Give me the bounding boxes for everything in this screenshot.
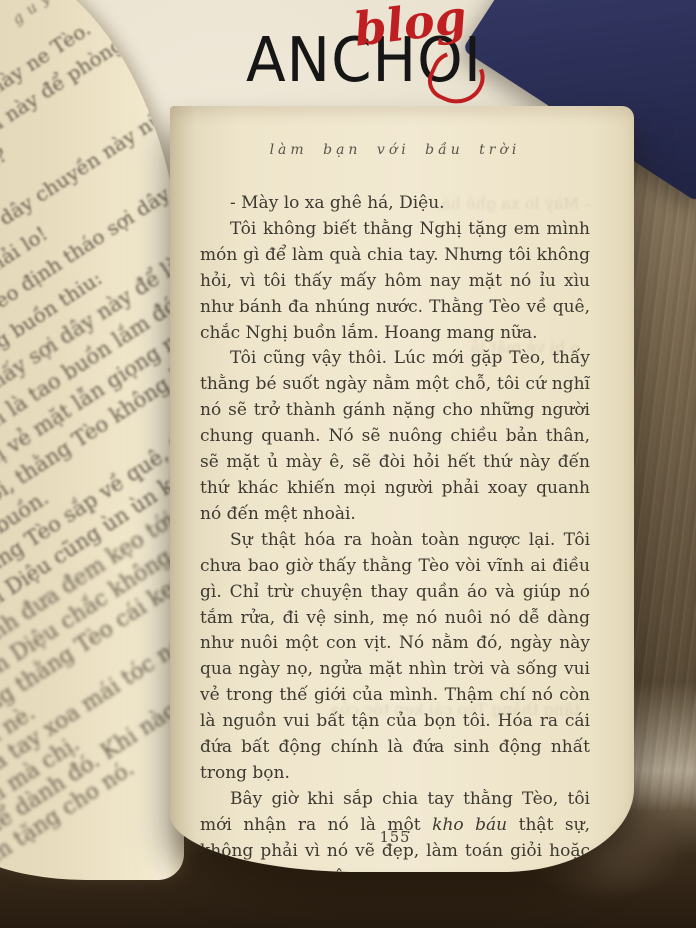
right-page: - Mày lo xa ghê há, Diệu. o bị vẻ mặt lẫ… (170, 106, 634, 872)
body-text: - Mày lo xa ghê há, Diệu. Tôi không biết… (200, 191, 590, 872)
paragraph: Tôi cũng vậy thôi. Lúc mới gặp Tèo, thấy… (200, 346, 590, 527)
paragraph-dialogue: - Mày lo xa ghê há, Diệu. (200, 191, 590, 217)
page-number: 155 (200, 830, 590, 846)
text-column: làm bạn với bầu trời - Mày lo xa ghê há,… (200, 106, 590, 872)
left-page: guyễn nhật ánh g mày ne Tèo. yền này để … (0, 0, 184, 880)
paragraph: Sự thật hóa ra hoàn toàn ngược lại. Tôi … (200, 528, 590, 787)
book-photo: guyễn nhật ánh g mày ne Tèo. yền này để … (0, 0, 696, 928)
right-running-header: làm bạn với bầu trời (200, 142, 590, 158)
paragraph: Tôi không biết thằng Nghị tặng em mình m… (200, 217, 590, 347)
left-page-line: em? (0, 142, 11, 185)
